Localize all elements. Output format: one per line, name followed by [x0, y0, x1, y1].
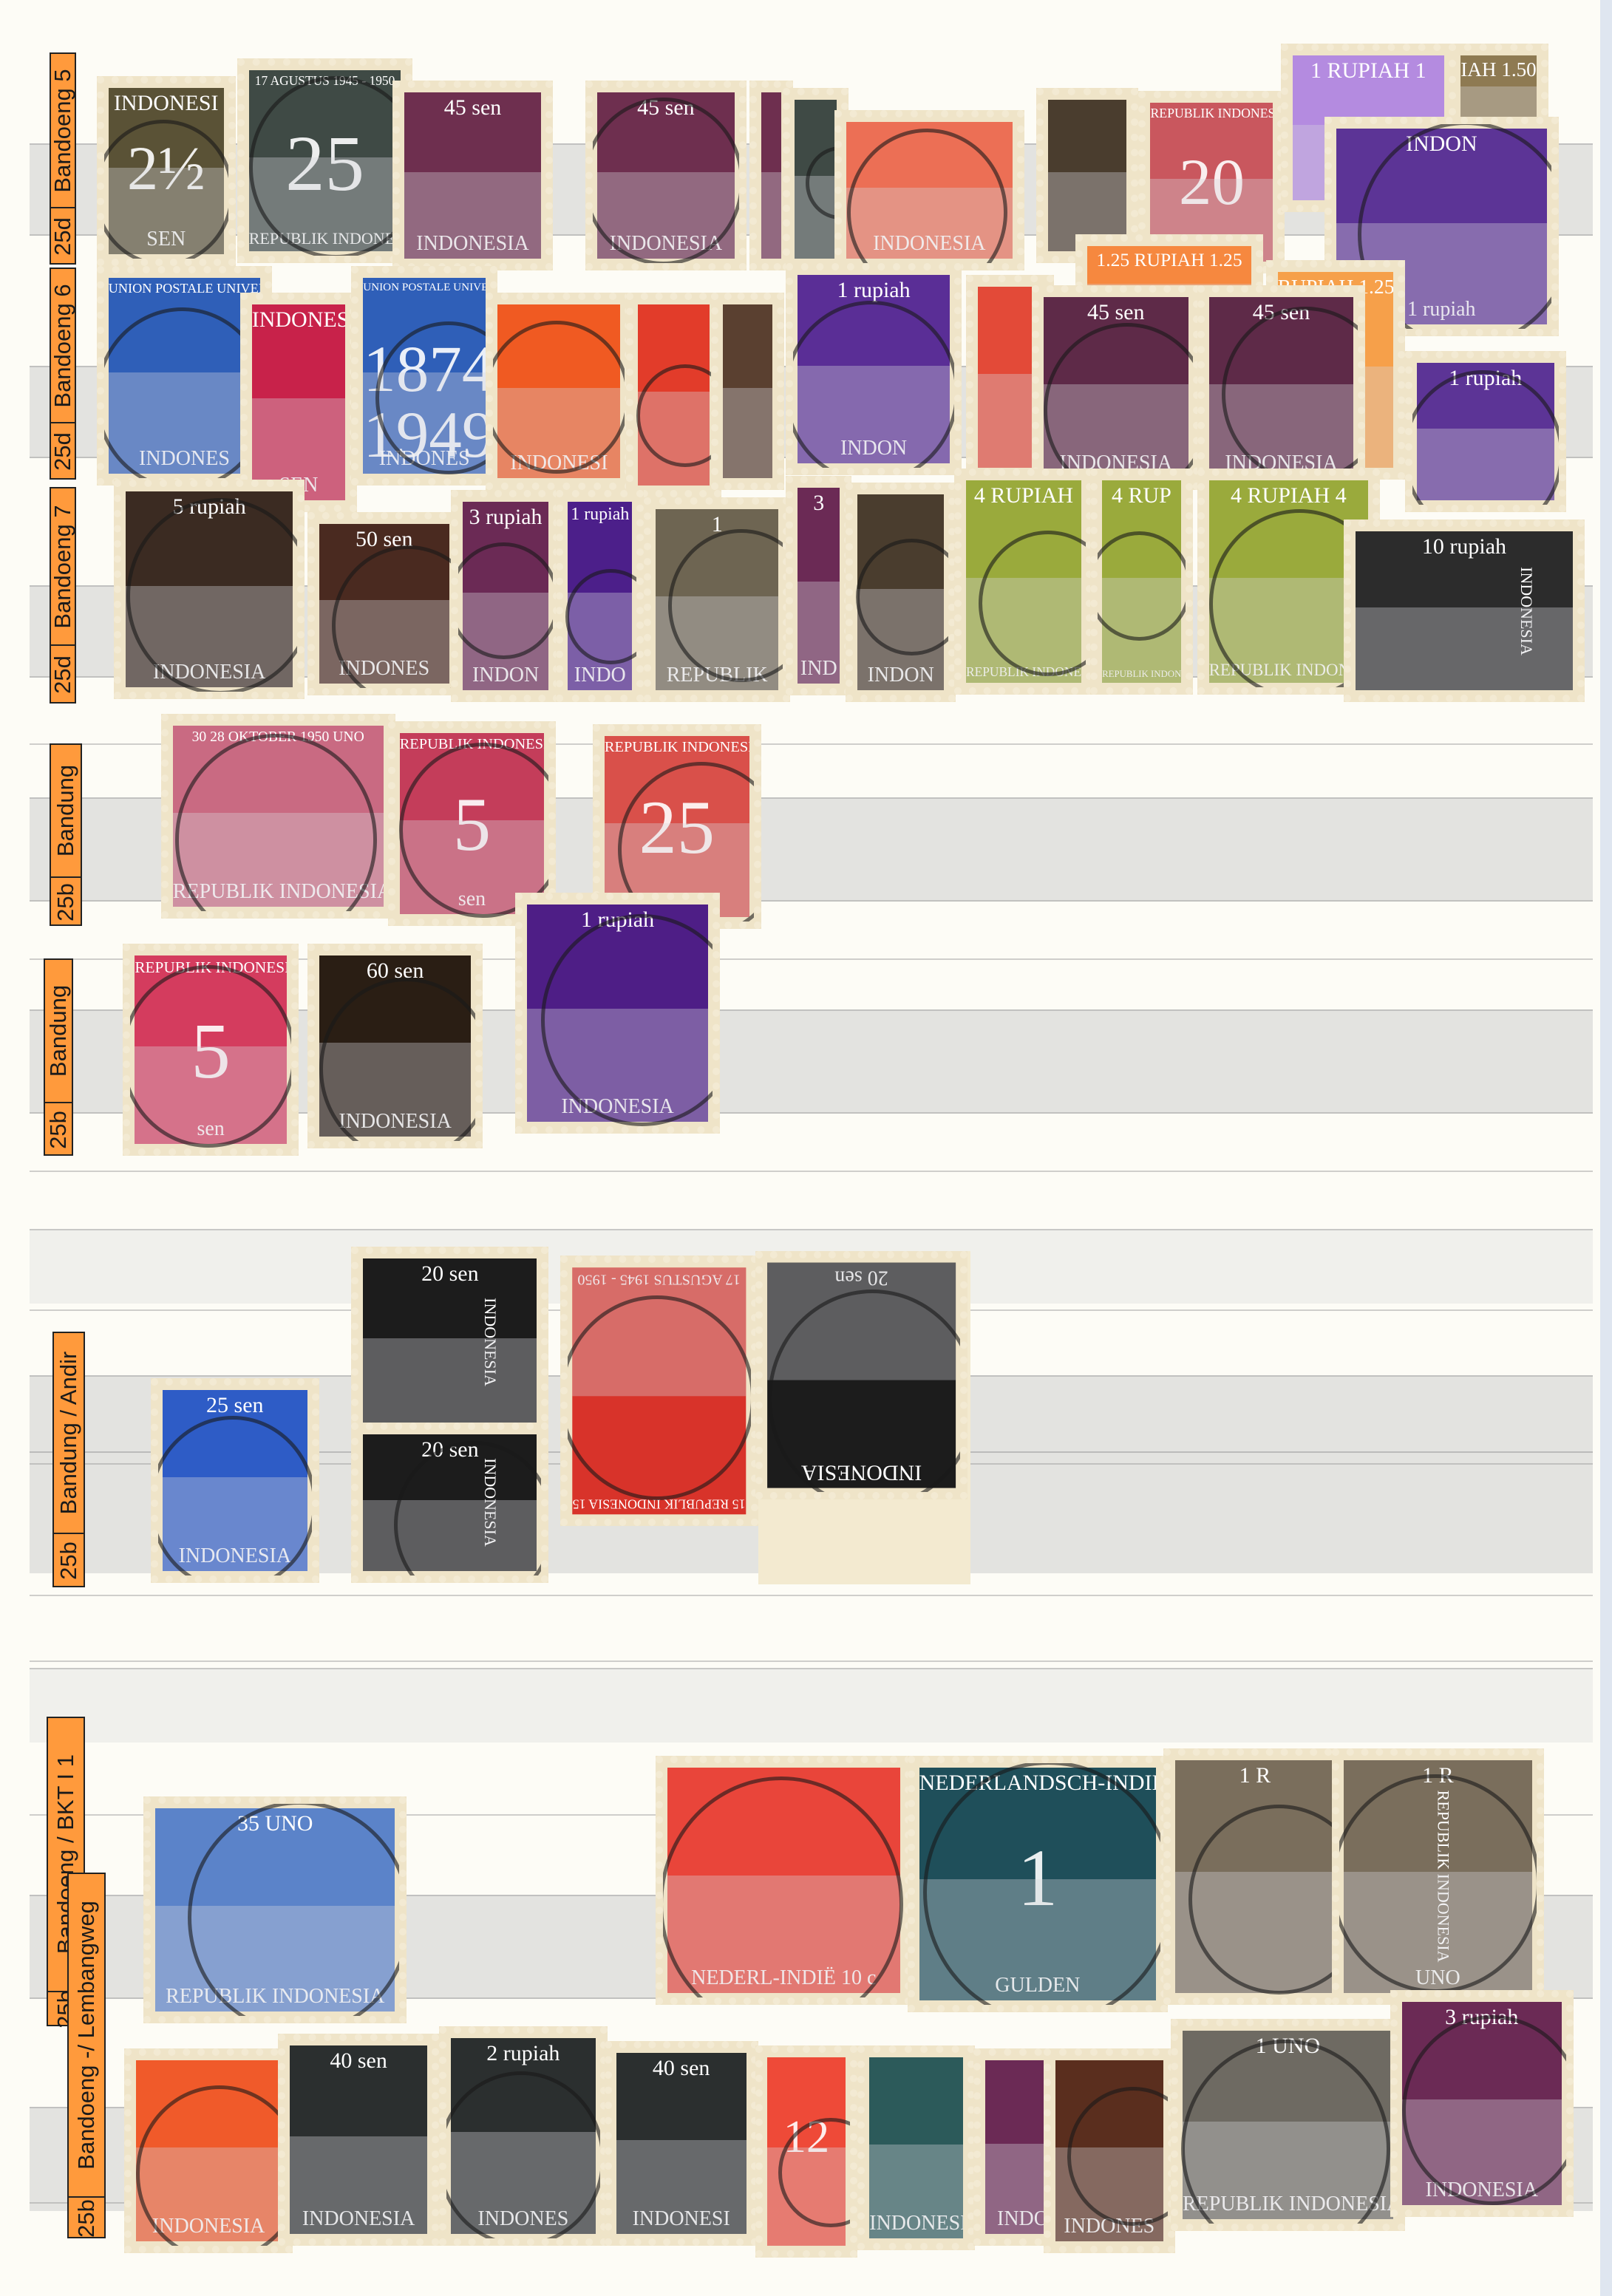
stamp-design: 10 rupiahINDONESIA [1356, 531, 1574, 691]
stamp: 60 senINDONESIA [307, 944, 483, 1148]
stamp: INDON [846, 483, 956, 702]
stamp-design: IAH 1.50 [1460, 55, 1537, 120]
stamp: 25 senINDONESIA [151, 1378, 319, 1583]
stamp: INDONESI2½SEN [97, 76, 236, 266]
stamp-top-text: 3 rupiah [1402, 2002, 1562, 2031]
stamp: 3IND [786, 476, 851, 695]
glassine-overlay [1209, 384, 1354, 479]
stamp-design: 3IND [798, 488, 840, 684]
stamp: 35 UNOREPUBLIK INDONESIA [143, 1796, 407, 2023]
stamp: 45 senINDONESIA [1032, 285, 1200, 490]
row-label-row2: Bandoeng 625d [50, 268, 76, 480]
strip-edge [30, 1171, 1593, 1172]
stamp-top-text: 50 sen [319, 524, 449, 553]
stamp: INDONES [1044, 2048, 1175, 2253]
stamp-design: INDON [857, 494, 944, 690]
stamp: 20 senINDONESIA [351, 1247, 548, 1437]
stamp-design: REPUBLIK INDONESIA5sen [135, 955, 287, 1144]
glassine-overlay [163, 1477, 307, 1572]
glassine-overlay [723, 388, 772, 478]
stamp-design: 1 rupiah [1417, 363, 1554, 500]
stamp-design: INDONES [1055, 2060, 1163, 2241]
stamp: INDONESIA20 sen [755, 1251, 967, 1500]
glassine-overlay [857, 589, 944, 691]
stamp-design: 60 senINDONESIA [319, 955, 472, 1137]
stamp-design: REPUBLIK INDONESIA25sen [605, 736, 749, 917]
stamp-design: 2 rupiahINDONES [451, 2038, 596, 2234]
glassine-overlay [568, 593, 632, 691]
stamp-top-text: INDON [1336, 129, 1547, 157]
glassine-overlay [919, 1879, 1156, 2000]
stamp-design: 3 rupiahINDONESIA [1402, 2002, 1562, 2205]
stamp-design: 15 REPUBLIK INDONESIA 1517 AGUSTUS 1945 … [572, 1267, 746, 1514]
stamp-top-text: 5 rupiah [126, 491, 292, 520]
stamp: UNION POSTALE UNIVERS1874 1949INDONES [351, 266, 497, 486]
stamp-top-text: UNION POSTALE UNIVERS [363, 278, 486, 293]
stamp: 30 28 OKTOBER 1950 UNOREPUBLIK INDONESIA [161, 714, 395, 919]
glassine-overlay [798, 582, 840, 684]
stamp-design: 40 senINDONESIA [290, 2045, 427, 2234]
glassine-overlay [249, 157, 401, 252]
stamp-top-text: 60 sen [319, 955, 472, 984]
stamp-top-text: 4 RUPIAH [966, 480, 1081, 509]
stamp-design: 1 rupiahINDO [568, 502, 632, 690]
stamp: NEDERL-INDIË 10 c [656, 1756, 912, 2005]
stamp: 20 senINDONESIA [351, 1423, 548, 1584]
stamp-top-text: 1 RUPIAH 1 [1293, 55, 1445, 84]
label-place-name: Bandoeng -/ Lembangweg [73, 1901, 100, 2170]
stamp-design: 25 senINDONESIA [163, 1390, 307, 1571]
glassine-overlay [1055, 2147, 1163, 2242]
row-label-row5: Bandung25b [44, 958, 73, 1156]
stamp-top-text: IAH 1.50 [1460, 55, 1537, 81]
stamp-design: INDONESIA [136, 2060, 281, 2241]
stamp: 1 rupiahINDONESIA [515, 893, 720, 1134]
row-label-row3: Bandoeng 725d [50, 487, 76, 704]
stamp-design: NEDERLANDSCH-INDIË1GULDEN [919, 1768, 1156, 2000]
label-place-name: Bandoeng 7 [50, 505, 76, 628]
label-place-name: Bandung [52, 765, 79, 856]
stamp-top-text: 1.25 RUPIAH 1.25 [1087, 246, 1251, 270]
glassine-overlay [363, 372, 486, 474]
glassine-overlay [597, 172, 735, 259]
glassine-overlay [319, 1043, 472, 1137]
strip-edge [30, 1595, 1593, 1596]
glassine-overlay [572, 1267, 746, 1396]
row-label-row6: Bandung / Andir25b [52, 1332, 85, 1588]
stamp-top-text: REPUBLIK INDONESIA [1150, 103, 1273, 120]
stamp-design: INDONESIA [846, 122, 1013, 259]
label-place-name: Bandung / Andir [55, 1352, 82, 1515]
glassine-overlay [451, 2132, 596, 2234]
glassine-overlay [527, 1009, 708, 1122]
stamp-top-text: REPUBLIK INDONESIA [400, 733, 545, 753]
glassine-overlay [1044, 384, 1188, 479]
glassine-overlay [1102, 578, 1181, 684]
stamp-design: INDONESI2½SEN [109, 88, 224, 254]
stamp-design: INDONESSEN [252, 304, 345, 500]
label-catalog-number: 25b [52, 883, 79, 922]
glassine-overlay [126, 586, 292, 688]
stamp: 1 rupiahINDO [556, 490, 644, 702]
stamp-design: 45 senINDONESIA [1044, 297, 1188, 478]
stamp-design: NEDERL-INDIË 10 c [667, 1768, 900, 1993]
glassine-overlay [1183, 2122, 1393, 2220]
label-divider [69, 2196, 103, 2198]
stamp-top-text: 1 rupiah [1417, 363, 1554, 392]
row-label-row8: Bandoeng -/ Lembangweg25b [67, 1873, 105, 2238]
stamp-top-text: REPUBLIK INDONESIA [135, 955, 287, 976]
stamp: 12 [755, 2045, 858, 2258]
label-catalog-number: 25b [45, 1111, 72, 1149]
label-catalog-number: 25d [50, 432, 76, 471]
stamp: 10 rupiahINDONESIA [1344, 520, 1585, 703]
stamp-top-text: 1 [656, 509, 778, 538]
stamp: 1 R [1163, 1748, 1347, 2005]
label-catalog-number: 25d [50, 655, 76, 694]
glassine-overlay [404, 172, 542, 259]
glassine-overlay [1344, 1872, 1532, 1993]
stamp-top-text: INDONES [252, 304, 345, 333]
stamp-design: 12 [767, 2057, 846, 2246]
stamp-top-text: 20 sen [363, 1434, 537, 1463]
stamp-top-text: 15 REPUBLIK INDONESIA 15 [572, 1496, 746, 1514]
stamp [711, 293, 784, 490]
stamp-top-text: 1 rupiah [798, 275, 950, 304]
label-divider [51, 207, 75, 208]
stamp-design: 50 senINDONES [319, 524, 449, 684]
stamp: 40 senINDONESI [605, 2041, 758, 2246]
stamp-top-text: 20 sen [363, 1258, 537, 1287]
glassine-overlay [363, 1338, 537, 1425]
stamp: 3 rupiahINDONESIA [1390, 1990, 1574, 2217]
glassine-overlay [363, 1500, 537, 1572]
stamp [626, 293, 721, 497]
stamp: 1 rupiahINDON [786, 263, 962, 475]
stamp-top-text: 35 UNO [155, 1808, 395, 1837]
label-catalog-number: 25d [50, 217, 76, 256]
stamp-top-text: 10 rupiah [1356, 531, 1574, 560]
row-label-row4: Bandung25b [50, 743, 82, 927]
stamp: 3 rupiahINDON [451, 490, 561, 702]
label-divider [54, 1533, 84, 1534]
stamp-design [761, 92, 781, 259]
stamp-top-text: 45 sen [1209, 297, 1354, 326]
glassine-overlay [638, 392, 710, 486]
glassine-overlay [656, 596, 778, 691]
stamp-design: 1 RREPUBLIK INDONESIAUNO [1344, 1760, 1532, 1993]
stamp: 1 rupiah [1405, 351, 1566, 512]
glassine-overlay [497, 388, 620, 478]
stamp-top-text: 1 R [1344, 1760, 1532, 1789]
stamp-top-text: 4 RUPIAH 4 [1209, 480, 1369, 509]
glassine-overlay [798, 366, 950, 464]
stamp: REPUBLIK INDONESIA5sen [123, 944, 299, 1156]
stamp-design: INDONESI [497, 304, 620, 478]
stamp-design: 35 UNOREPUBLIK INDONESIA [155, 1808, 395, 2011]
glassine-overlay [846, 188, 1013, 259]
glassine-overlay [1402, 2099, 1562, 2205]
stamp-top-text: 45 sen [597, 92, 735, 121]
stamp-top-text: 25 sen [163, 1390, 307, 1419]
glassine-overlay [135, 1046, 287, 1145]
stamp-design: 1 R [1175, 1760, 1335, 1993]
stamp-design: 45 senINDONESIA [1209, 297, 1354, 478]
strip-edge [30, 1660, 1593, 1662]
stamp-design: 17 AGUSTUS 1945 - 195025REPUBLIK INDONES… [249, 70, 401, 251]
glassine-overlay [667, 1876, 900, 1992]
stamp-top-text: 40 sen [616, 2053, 747, 2082]
stamp: 17 AGUSTUS 1945 - 195025REPUBLIK INDONES… [237, 58, 413, 263]
stamp-top-text: 1 R [1175, 1760, 1335, 1789]
label-divider [51, 422, 75, 423]
stamp: 40 senINDONESIA [278, 2034, 439, 2246]
stamp: 4 RUPIAHREPUBLIK INDONESIA [954, 469, 1093, 695]
glassine-overlay [767, 1263, 956, 1380]
glassine-overlay [290, 2136, 427, 2235]
stamp-design: INDONESIA20 sen [767, 1263, 956, 1488]
glassine-overlay [1356, 607, 1574, 690]
glassine-overlay [795, 176, 837, 259]
stamp: 5 rupiahINDONESIA [114, 480, 304, 699]
glassine-overlay [136, 2147, 281, 2242]
stamp-top-text: NEDERLANDSCH-INDIË [919, 1768, 1156, 1796]
label-divider [51, 876, 81, 878]
glassine-overlay [463, 593, 549, 691]
stamp: 45 senINDONESIA [1197, 285, 1366, 490]
stamp-design: 4 RUPREPUBLIK INDONESIA [1102, 480, 1181, 684]
label-place-name: Bandoeng 5 [50, 69, 76, 192]
stamp-design: 1 rupiahINDON [798, 275, 950, 463]
stamp: 50 senINDONES [307, 512, 461, 695]
stamp-design: REPUBLIK INDONESIA5sen [400, 733, 545, 914]
glassine-overlay [1417, 429, 1554, 500]
stamp-top-text: 1 rupiah [568, 502, 632, 525]
stamp: 2 rupiahINDONES [439, 2026, 608, 2246]
stamp-top-text: 3 rupiah [463, 502, 549, 530]
stamp-top-text: 3 [798, 488, 840, 517]
stamp: INDONESIA [834, 110, 1024, 271]
stamp-design: 1 UNOREPUBLIK INDONESIA [1183, 2031, 1393, 2219]
stamp: 1 RREPUBLIK INDONESIAUNO [1332, 1748, 1544, 2005]
glassine-overlay [869, 2145, 962, 2239]
stamp: 1 UNOREPUBLIK INDONESIA [1171, 2019, 1405, 2231]
stamp-top-text: 1 UNO [1183, 2031, 1393, 2060]
glassine-overlay [1460, 86, 1537, 120]
stamp: 4 RUPREPUBLIK INDONESIA [1090, 469, 1193, 695]
stamp-design [1048, 100, 1127, 252]
label-catalog-number: 25b [73, 2199, 100, 2238]
stamp-design: 20 senINDONESIA [363, 1434, 537, 1572]
stamp-design: UNION POSTALE UNIVERS1874 1949INDONES [363, 278, 486, 474]
stamp-top-text: UNION POSTALE UNIVERS [109, 278, 261, 296]
glassine-overlay [1175, 1872, 1335, 1993]
stamp-design: INDONESIA [869, 2057, 962, 2238]
label-place-name: Bandung [45, 985, 72, 1077]
stamp-top-text: 17 AGUSTUS 1945 - 1950 [249, 70, 401, 88]
row-label-row1: Bandoeng 525d [50, 52, 76, 265]
glassine-overlay [109, 372, 261, 474]
stamp: 45 senINDONESIA [585, 81, 747, 270]
stamp-design: 45 senINDONESIA [597, 92, 735, 259]
stamp-top-text: 45 sen [404, 92, 542, 121]
glassine-overlay [616, 2140, 747, 2235]
stamp-design: 30 28 OKTOBER 1950 UNOREPUBLIK INDONESIA [173, 726, 384, 907]
stamp-design: 3 rupiahINDON [463, 502, 549, 690]
stamp: NEDERLANDSCH-INDIË1GULDEN [908, 1756, 1168, 2012]
stamp-top-text: 45 sen [1044, 297, 1188, 326]
stamp: INDONESIA [857, 2045, 974, 2250]
stamp-design: 45 senINDONESIA [404, 92, 542, 259]
stamp-top-text: 4 RUP [1102, 480, 1181, 509]
stamp-top-text: 40 sen [290, 2045, 427, 2074]
glassine-strip [30, 1668, 1593, 1743]
stamp-design: 1REPUBLIK [656, 509, 778, 690]
stamp-design [795, 100, 837, 259]
glassine-overlay [767, 2147, 846, 2246]
glassine-overlay [155, 1906, 395, 2011]
glassine-overlay [109, 168, 224, 254]
glassine-overlay [319, 600, 449, 683]
glassine-overlay [761, 172, 781, 259]
stamp-design: 20 senINDONESIA [363, 1258, 537, 1425]
stamp-top-text: INDONESIA [767, 1459, 956, 1488]
stamp-design: 40 senINDONESI [616, 2053, 747, 2234]
stamp-top-text: 1 rupiah [527, 905, 708, 933]
label-divider [45, 1102, 72, 1103]
glassine-overlay [173, 813, 384, 907]
stamp-top-text: REPUBLIK INDONESIA [605, 736, 749, 756]
label-divider [51, 644, 75, 646]
stamp-design [638, 304, 710, 486]
stamp: 1REPUBLIK [644, 497, 790, 702]
stamp: INDONESSEN [240, 293, 357, 512]
stamp: INDONESI [486, 293, 632, 490]
label-catalog-number: 25b [55, 1542, 82, 1580]
stamp-design: 5 rupiahINDONESIA [126, 491, 292, 687]
glassine-overlay [966, 578, 1081, 684]
stamp-top-text: INDONESI [109, 88, 224, 117]
stamp-design: 1 rupiahINDONESIA [527, 905, 708, 1123]
stamp-top-text: 30 28 OKTOBER 1950 UNO [173, 726, 384, 746]
stamp: INDONESIA [124, 2048, 293, 2253]
page-edge [1600, 0, 1612, 2296]
stamp: 15 REPUBLIK INDONESIA 1517 AGUSTUS 1945 … [560, 1256, 758, 1526]
stamp-design [723, 304, 772, 478]
stamp: 45 senINDONESIA [392, 81, 554, 270]
stamp-design: 4 RUPIAHREPUBLIK INDONESIA [966, 480, 1081, 684]
label-place-name: Bandoeng 6 [50, 284, 76, 407]
stamp-top-text: 2 rupiah [451, 2038, 596, 2067]
stamp-design: UNION POSTALE UNIVERSINDONES [109, 278, 261, 474]
